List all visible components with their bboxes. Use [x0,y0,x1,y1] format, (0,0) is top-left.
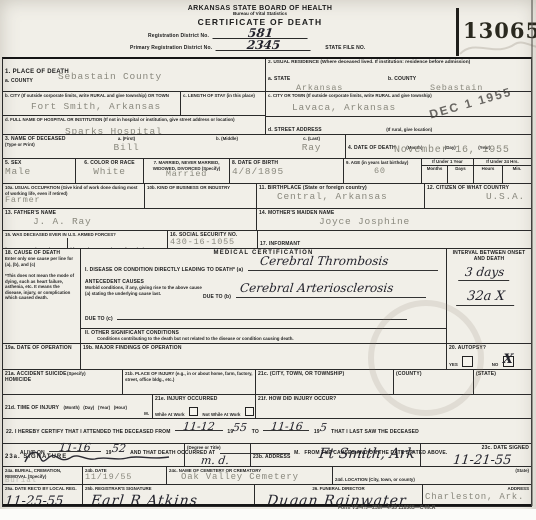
certify-tail1: THAT I LAST SAW THE DECEASED [331,429,419,435]
section-cemetery: 24c. NAME OF CEMETERY OR CREMATORY Oak V… [167,467,333,484]
field-first-name: Bill [79,142,174,153]
armed-forces-note1: (Yes, no, or unknown) [5,247,51,249]
field-dob: 4/8/1895 [232,166,341,177]
field-institution-value: Sparks Hospital [65,126,163,134]
date-of-operation-label: 19a. DATE OF OPERATION [5,345,78,351]
certify-to: TO [252,429,259,435]
registration-district-label: Registration District No. [148,33,209,39]
section-director-address: ADDRESS Charleston, Ark. [423,485,531,504]
row-certify: 22. I HEREBY CERTIFY THAT I ATTENDED THE… [3,419,531,444]
field-residence-city-value: Lavaca, Arkansas [292,102,396,113]
certificate-header: ARKANSAS STATE BOARD OF HEALTH Bureau of… [0,0,536,57]
section-under-24-hrs: If Under 24 Hrs. Hours Min. [474,159,531,183]
place-of-injury-label: 21b. PLACE OF INJURY (e.g., in or about … [125,371,253,382]
field-race: White [78,166,141,177]
field-date-received: 11-25-55 [4,494,64,505]
state-file-no-label: STATE FILE NO. [325,45,365,51]
residence-county-label: b. COUNTY [388,76,416,82]
cause-of-death-note: Enter only one cause per line for (a), (… [5,256,78,267]
state-label: a. STATE [268,76,290,82]
field-burial-date: 11/19/55 [85,472,164,482]
certificate-form: 1. PLACE OF DEATH a. COUNTY Sebastain Co… [2,57,532,507]
field-sex: Male [5,166,73,177]
section-date-signed: 23c. DATE SIGNED 11-21-55 [421,444,531,466]
cause-of-death-footnote: *This does not mean the mode of dying, s… [5,273,78,301]
autopsy-no-mark: X [502,352,514,367]
street-address-label: d. STREET ADDRESS [268,127,322,133]
not-while-at-work-label: Not While At Work [202,412,240,417]
row-parents: 13. FATHER'S NAME J. A. Ray 14. MOTHER'S… [3,209,531,231]
section-physician-signature: 23a. SIGNATURE [3,444,185,466]
row-registrar: 25a. DATE REC'D BY LOCAL REG. 11-25-55 2… [3,485,531,506]
section-sex: 5. SEX Male [3,159,76,183]
street-address-note: (If rural, give location) [386,127,432,132]
section-name-of-deceased: 3. NAME OF DECEASED (Type or Print) a. (… [3,135,346,158]
section-injury-state: (STATE) [474,370,531,394]
row-occupation: 10a. USUAL OCCUPATION (Give kind of work… [3,184,531,209]
row-vitals: 5. SEX Male 6. COLOR OR RACE White 7. MA… [3,159,531,184]
name-subtitle: (Type or Print) [5,142,75,148]
while-at-work-checkbox [189,407,198,416]
section-date-of-death: 4. DATE OF DEATH (Month) (Day) (Year) No… [346,135,531,158]
antecedent-causes-note: Morbid conditions, if any, giving rise t… [85,285,203,296]
field-date-of-death: November 16, 1955 [394,145,510,156]
physician-address-label: 23b. ADDRESS [253,454,290,460]
days-label: Days [448,166,473,184]
section-accident: 21a. ACCIDENT SUICIDE HOMICIDE (Specify) [3,370,123,394]
certify-prefix: 22. I HEREBY CERTIFY THAT I ATTENDED THE… [6,429,171,435]
while-at-work-label: While At Work [155,412,185,417]
section-place-of-death: 1. PLACE OF DEATH a. COUNTY Sebastain Co… [3,59,266,134]
middle-name-label: b. (Middle) [178,136,276,142]
disease-condition-label: I. DISEASE OR CONDITION DIRECTLY LEADING… [85,267,243,273]
field-burial-type: Burial [5,477,80,484]
bureau-subtitle: Bureau of Vital Statistics [130,11,390,16]
row-name-dateofdeath: 3. NAME OF DECEASED (Type or Print) a. (… [3,135,531,159]
section-burial-date: 24b. DATE 11/19/55 [83,467,167,484]
accident-specify-note: (Specify) [67,371,86,393]
field-birthplace: Central, Arkansas [277,191,422,202]
time-of-injury-cols: (Month) (Day) (Year) (Hour) [64,405,127,410]
section-industry: 10b. KIND OF BUSINESS OR INDUSTRY [145,184,257,208]
interval-title: INTERVAL BETWEEN ONSET AND DEATH [449,250,529,262]
length-of-stay-label: c. LENGTH OF STAY (in this place) [183,93,263,99]
section-date-of-operation: 19a. DATE OF OPERATION [3,344,81,369]
section-mother: 14. MOTHER'S MAIDEN NAME Joyce Josphine [257,209,531,230]
field-attended-to: 11-16 [270,420,303,433]
date-received-label: 25a. DATE REC'D BY LOCAL REG. [5,486,80,492]
section-marital: 7. MARRIED, NEVER MARRIED, WIDOWED, DIVO… [144,159,230,183]
section-ssn: 16. SOCIAL SECURITY NO. 430-16-1055 [168,231,258,248]
informant-label: 17. INFORMANT [260,241,300,247]
section-age: 9. AGE (in years last birthday) 60 [344,159,422,183]
date-signed-label: 23c. DATE SIGNED [423,445,529,451]
funeral-director-label: 26. FUNERAL DIRECTOR [257,486,420,492]
scan-right-edge [531,0,533,506]
armed-forces-note2: (If yes, give war or dates of service) [70,247,144,249]
section-registrar-signature: 25b. REGISTRAR'S SIGNATURE Earl R Atkins [83,485,255,504]
section-father: 13. FATHER'S NAME J. A. Ray [3,209,257,230]
section-race: 6. COLOR OR RACE White [76,159,144,183]
field-date-signed: 11-21-55 [452,453,512,466]
industry-label: 10b. KIND OF BUSINESS OR INDUSTRY [147,185,254,191]
section-armed-forces: 15. WAS DECEASED EVER IN U.S. ARMED FORC… [3,231,168,248]
hours-label: Hours [474,166,503,184]
section-degree: (Degree or Title) m. d. [185,444,251,466]
section-physician-address: 23b. ADDRESS Ft Smith, Ark [251,444,421,466]
section-birthplace: 11. BIRTHPLACE (State or foreign country… [257,184,425,208]
field-interval-a: 3 days [458,265,511,281]
section-citizen: 12. CITIZEN OF WHAT COUNTRY U.S.A. [425,184,531,208]
field-year1: 55 [233,421,248,434]
field-cause-a: Cerebral Thrombosis [259,254,389,268]
section-funeral-director: 26. FUNERAL DIRECTOR Dugan Rainwater [255,485,423,504]
row-service: 15. WAS DECEASED EVER IN U.S. ARMED FORC… [3,231,531,249]
field-citizen: U.S.A. [427,191,525,202]
autopsy-no-checkbox: X [503,356,514,367]
field-registrar-signature: Earl R Atkins [90,493,199,505]
section-occupation: 10a. USUAL OCCUPATION (Give kind of work… [3,184,145,208]
degree-label: (Degree or Title) [187,445,248,451]
due-to-c-line [117,311,407,320]
row-place-residence: 1. PLACE OF DEATH a. COUNTY Sebastain Co… [3,59,531,135]
field-father: J. A. Ray [33,216,254,227]
section-place-of-injury: 21b. PLACE OF INJURY (e.g., in or about … [123,370,256,394]
primary-district-label: Primary Registration District No. [130,45,212,51]
age-label: 9. AGE (in years last birthday) [346,160,419,166]
faint-embossed-seal [368,300,484,416]
field-attended-from: 11-12 [182,420,215,433]
injury-occurred-label: 21e. INJURY OCCURRED [155,396,253,402]
due-to-b-label: DUE TO (b) [203,294,231,300]
section-date-received: 25a. DATE REC'D BY LOCAL REG. 11-25-55 [3,485,83,504]
field-physician-address: Ft Smith, Ark [318,446,416,462]
section-cause-of-death-sidebar: 18. CAUSE OF DEATH Enter only one cause … [3,249,81,343]
section-injury-occurred: 21e. INJURY OCCURRED While At Work Not W… [153,395,256,418]
injury-state-label: (STATE) [476,371,529,377]
scan-bottom-edge [0,509,536,520]
section-informant: 17. INFORMANT Mrs. Evelyn Hicks, Boonevi… [258,231,531,248]
field-age: 60 [374,166,419,176]
not-while-at-work-checkbox [245,407,254,416]
field-ssn: 430-16-1055 [170,237,255,247]
residence-title: 2. USUAL RESIDENCE (Where deceased lived… [268,60,529,66]
field-occupation: Farmer [5,195,142,205]
primary-district-value: 2345 [216,41,312,51]
field-year2: 5 [319,421,327,434]
field-last-name: Ray [280,142,343,153]
autopsy-no-label: NO [492,362,499,367]
min-label: Min. [503,166,531,184]
field-director-address: Charleston, Ark. [425,492,529,502]
field-county-value: Sebastain County [58,71,162,82]
field-city-value: Fort Smith, Arkansas [31,101,161,112]
field-cause-b: Cerebral Arteriosclerosis [239,281,394,295]
institution-label: d. FULL NAME OF HOSPITAL OR INSTITUTION … [5,117,263,123]
burial-location-state-label: (State) [515,468,529,474]
field-degree: m. d. [200,454,229,467]
section-burial-type: 24a. BURIAL, CREMATION, REMOVAL (Specify… [3,467,83,484]
section-dob: 8. DATE OF BIRTH 4/8/1895 [230,159,344,183]
field-interval-b: 32a X [456,289,515,306]
row-signature: 23a. SIGNATURE (Degree or Title) m. d. 2… [3,444,531,467]
registrar-signature-label: 25b. REGISTRAR'S SIGNATURE [85,486,252,492]
months-label: Months [422,166,448,184]
row-burial: 24a. BURIAL, CREMATION, REMOVAL (Specify… [3,467,531,485]
field-mother: Joyce Josphine [319,216,529,227]
section-time-of-injury: 21d. TIME OF INJURY (Month) (Day) (Year)… [3,395,153,418]
section-burial-location: 24d. LOCATION (City, town, or county) (S… [333,467,531,484]
date-of-death-title: 4. DATE OF DEATH [348,145,396,151]
city-label: b. CITY (If outside corporate limits, wr… [5,93,178,99]
time-of-injury-label: 21d. TIME OF INJURY [5,405,59,411]
death-certificate-scan: ARKANSAS STATE BOARD OF HEALTH Bureau of… [0,0,536,520]
burial-location-label: 24d. LOCATION (City, town, or county) [335,477,415,482]
field-funeral-director: Dugan Rainwater [266,493,407,505]
physician-signature [21,447,181,466]
due-to-c-label: DUE TO (c) [85,316,113,322]
section-under-1-year: If Under 1 Year Months Days [422,159,474,183]
field-cemetery: Oak Valley Cemetery [181,472,330,482]
accident-label: 21a. ACCIDENT SUICIDE HOMICIDE [5,371,67,393]
time-of-injury-m: M. [144,411,149,417]
